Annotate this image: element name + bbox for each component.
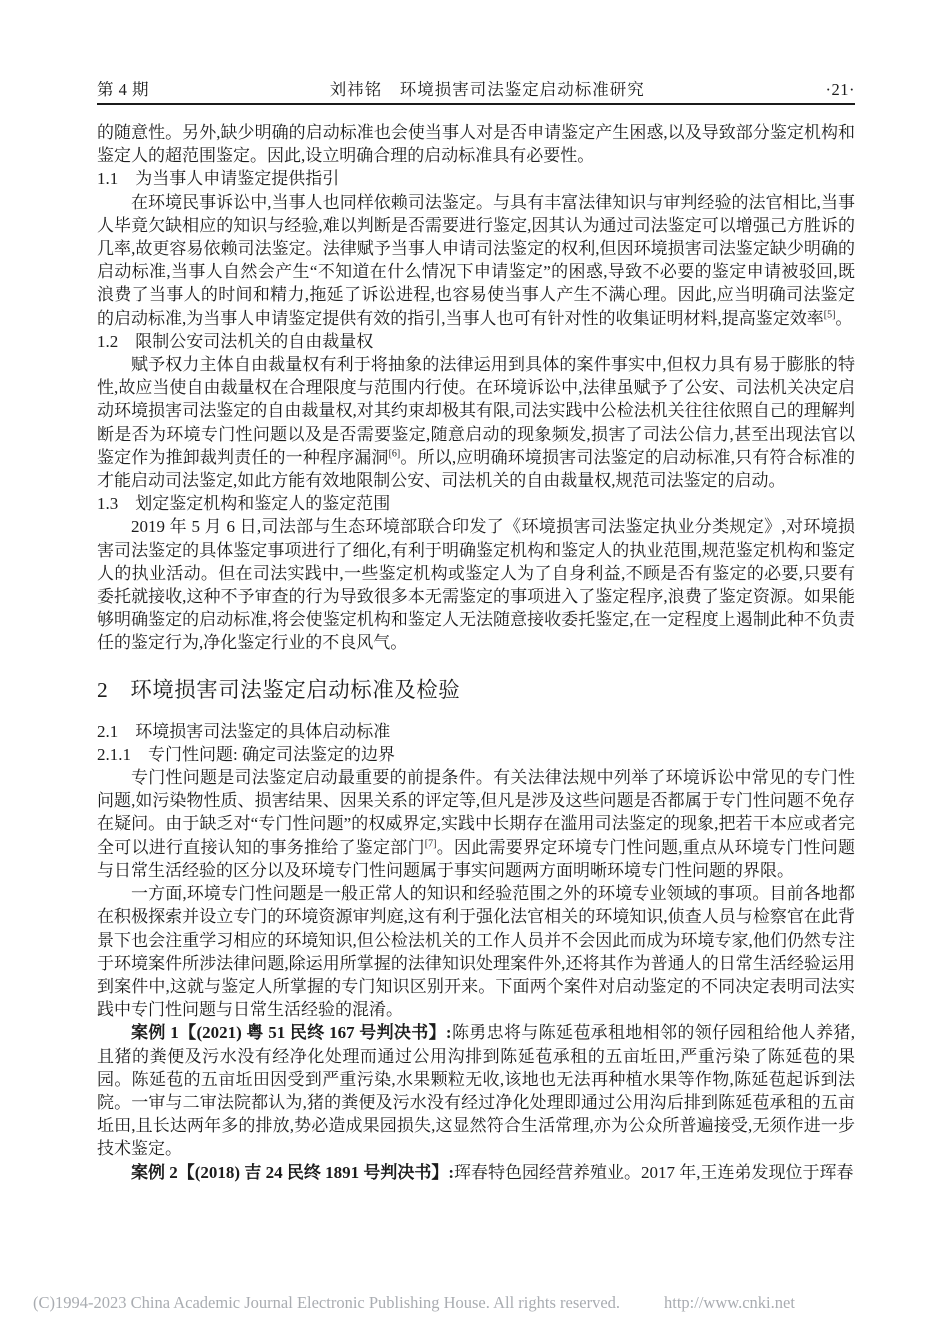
subsection-heading: 1.2 限制公安司法机关的自由裁量权	[97, 330, 855, 353]
paragraph: 一方面,环境专门性问题是一般正常人的知识和经验范围之外的环境专业领域的事项。目前…	[97, 882, 855, 1021]
subsubsection-heading: 2.1.1 专门性问题: 确定司法鉴定的边界	[97, 743, 855, 766]
paragraph: 专门性问题是司法鉴定启动最重要的前提条件。有关法律法规中列举了环境诉讼中常见的专…	[97, 766, 855, 882]
case-citation-bold: 案例 2【(2018) 吉 24 民终 1891 号判决书】:	[131, 1163, 454, 1182]
paragraph: 2019 年 5 月 6 日,司法部与生态环境部联合印发了《环境损害司法鉴定执业…	[97, 515, 855, 654]
page-header: 第 4 期 刘祎铭 环境损害司法鉴定启动标准研究 ·21·	[97, 76, 855, 100]
section-heading: 2 环境损害司法鉴定启动标准及检验	[97, 674, 855, 706]
subsection-heading: 1.3 划定鉴定机构和鉴定人的鉴定范围	[97, 492, 855, 515]
journal-page: 第 4 期 刘祎铭 环境损害司法鉴定启动标准研究 ·21· 的随意性。另外,缺少…	[0, 0, 950, 1344]
reference-superscript: [5]	[824, 309, 836, 320]
reference-superscript: [6]	[389, 448, 401, 459]
header-rule-divider	[97, 103, 855, 105]
paragraph: 赋予权力主体自由裁量权有利于将抽象的法律运用到具体的案件事实中,但权力具有易于膨…	[97, 353, 855, 492]
article-body: 的随意性。另外,缺少明确的启动标准也会使当事人对是否申请鉴定产生困惑,以及导致部…	[97, 121, 855, 1184]
paragraph: 案例 2【(2018) 吉 24 民终 1891 号判决书】:珲春特色园经营养殖…	[97, 1161, 855, 1184]
subsection-heading: 2.1 环境损害司法鉴定的具体启动标准	[97, 720, 855, 743]
paragraph: 的随意性。另外,缺少明确的启动标准也会使当事人对是否申请鉴定产生困惑,以及导致部…	[97, 121, 855, 167]
case-citation-bold: 案例 1【(2021) 粤 51 民终 167 号判决书】:	[131, 1023, 452, 1042]
header-issue-label: 第 4 期	[97, 76, 149, 100]
header-page-number: ·21·	[826, 80, 856, 100]
footer-cnki-url: http://www.cnki.net	[664, 1293, 795, 1312]
page-footer: (C)1994-2023 China Academic Journal Elec…	[33, 1293, 933, 1313]
header-running-title: 刘祎铭 环境损害司法鉴定启动标准研究	[330, 76, 645, 100]
reference-superscript: [7]	[425, 838, 437, 849]
subsection-heading: 1.1 为当事人申请鉴定提供指引	[97, 167, 855, 190]
paragraph: 在环境民事诉讼中,当事人也同样依赖司法鉴定。与具有丰富法律知识与审判经验的法官相…	[97, 191, 855, 330]
footer-copyright: (C)1994-2023 China Academic Journal Elec…	[33, 1293, 620, 1312]
paragraph: 案例 1【(2021) 粤 51 民终 167 号判决书】:陈勇忠将与陈延苞承租…	[97, 1021, 855, 1160]
